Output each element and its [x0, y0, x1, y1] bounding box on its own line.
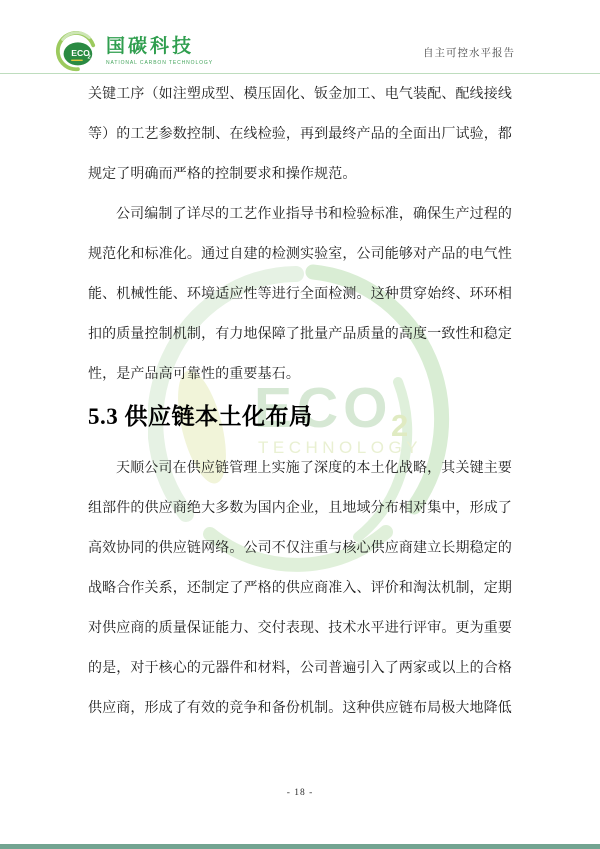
- logo-company-subtitle: NATIONAL CARBON TECHNOLOGY: [106, 60, 213, 66]
- document-page: ECO 2 TECHNOLOGY ECO 2 国碳科技 NATIONAL CAR…: [0, 0, 600, 849]
- page-header: ECO 2 国碳科技 NATIONAL CARBON TECHNOLOGY 自主…: [0, 0, 600, 73]
- paragraph-quality-control: 公司编制了详尽的工艺作业指导书和检验标准，确保生产过程的规范化和标准化。通过自建…: [88, 195, 512, 395]
- paragraph-continuation: 关键工序（如注塑成型、模压固化、钣金加工、电气装配、配线接线等）的工艺参数控制、…: [88, 75, 512, 195]
- company-logo: ECO 2 国碳科技 NATIONAL CARBON TECHNOLOGY: [55, 30, 213, 72]
- header-divider: [0, 73, 600, 74]
- paragraph-supply-chain: 天顺公司在供应链管理上实施了深度的本土化战略，其关键主要组部件的供应商绝大多数为…: [88, 449, 512, 729]
- footer-bar: [0, 844, 600, 849]
- page-number: - 18 -: [0, 788, 600, 798]
- eco-logo-icon: ECO 2: [55, 30, 97, 72]
- logo-text-column: 国碳科技 NATIONAL CARBON TECHNOLOGY: [106, 30, 213, 66]
- logo-company-name: 国碳科技: [106, 36, 213, 58]
- section-heading-5-3: 5.3 供应链本土化布局: [88, 397, 512, 437]
- document-body: 关键工序（如注塑成型、模压固化、钣金加工、电气装配、配线接线等）的工艺参数控制、…: [88, 75, 512, 729]
- report-title: 自主可控水平报告: [423, 45, 515, 60]
- logo-mark-sub: 2: [87, 55, 90, 61]
